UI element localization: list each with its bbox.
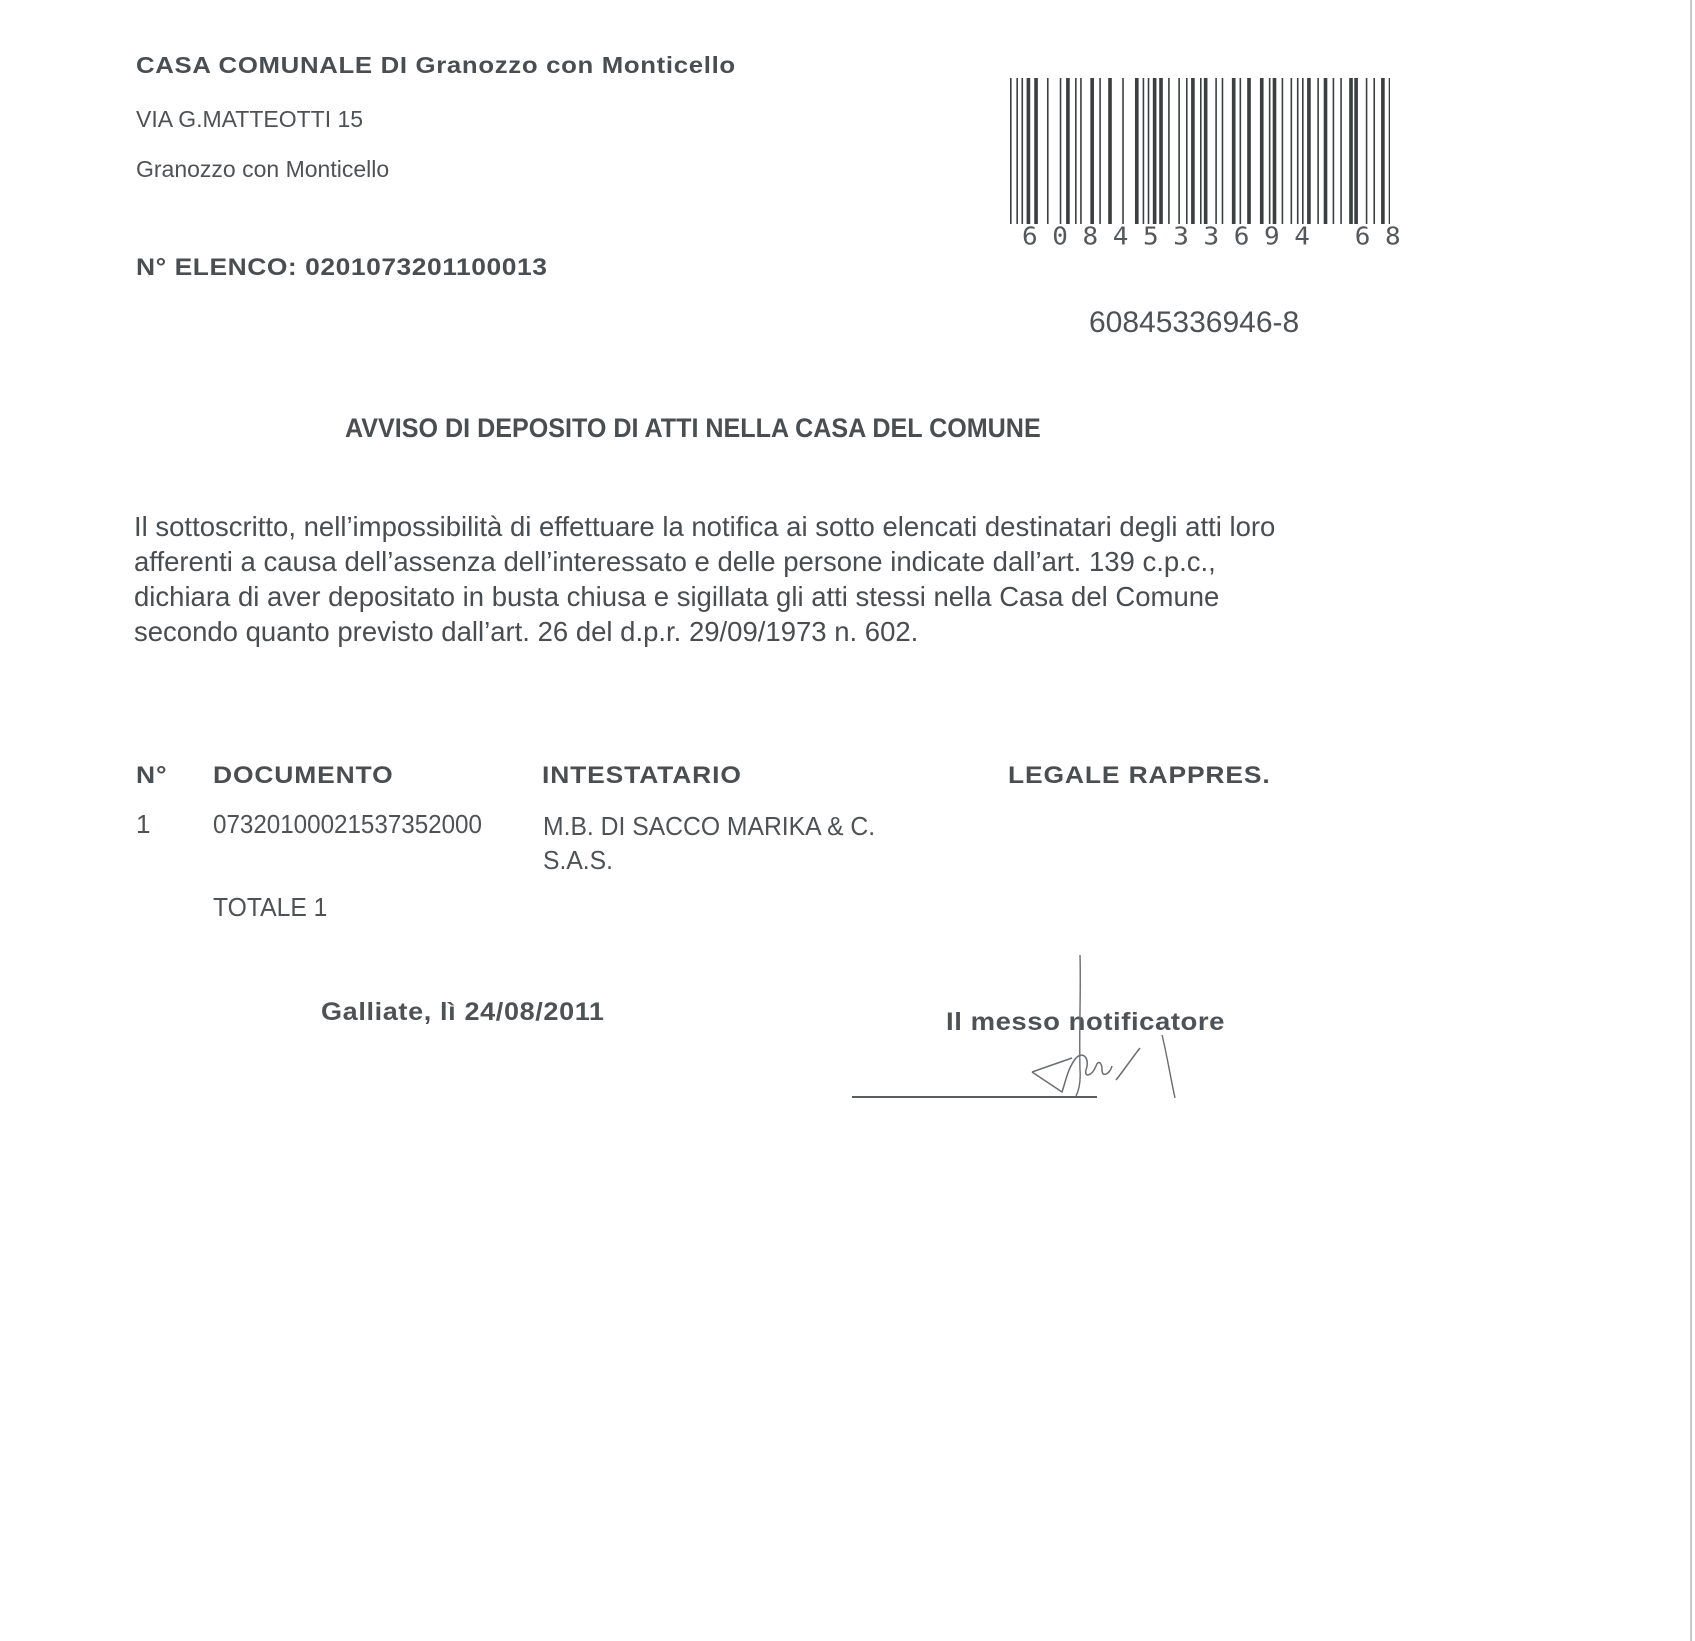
column-header-legale: LEGALE RAPPRES. xyxy=(1008,762,1271,790)
place-and-date: Galliate, lì 24/08/2011 xyxy=(321,998,605,1027)
scan-edge xyxy=(1690,0,1692,1641)
column-header-intestatario: INTESTATARIO xyxy=(542,762,742,790)
paragraph-line: secondo quanto previsto dall’art. 26 del… xyxy=(134,614,1464,649)
row-documento: 07320100021537352000 xyxy=(213,809,482,840)
organization-address: VIA G.MATTEOTTI 15 xyxy=(136,106,363,133)
barcode-digits: 6084533694 68 xyxy=(1022,223,1415,252)
paragraph-line: afferenti a causa dell’assenza dell’inte… xyxy=(134,544,1464,579)
elenco-value: 0201073201100013 xyxy=(305,254,547,281)
organization-name: CASA COMUNALE DI Granozzo con Monticello xyxy=(136,52,736,79)
elenco-label: N° ELENCO: xyxy=(136,254,297,281)
row-number: 1 xyxy=(136,809,150,840)
document-title: AVVISO DI DEPOSITO DI ATTI NELLA CASA DE… xyxy=(345,413,1041,444)
signature xyxy=(840,940,1290,1120)
barcode-number: 60845336946-8 xyxy=(1089,306,1299,340)
column-header-documento: DOCUMENTO xyxy=(213,762,394,790)
organization-city: Granozzo con Monticello xyxy=(136,156,389,183)
column-header-number: N° xyxy=(136,762,167,790)
barcode xyxy=(1010,78,1390,224)
declaration-paragraph: Il sottoscritto, nell’impossibilità di e… xyxy=(134,509,1464,649)
paragraph-line: dichiara di aver depositato in busta chi… xyxy=(134,579,1464,614)
elenco-number: N° ELENCO: 0201073201100013 xyxy=(136,254,547,282)
total-count: TOTALE 1 xyxy=(213,892,327,923)
paragraph-line: Il sottoscritto, nell’impossibilità di e… xyxy=(134,509,1464,544)
row-intestatario: M.B. DI SACCO MARIKA & C. S.A.S. xyxy=(543,809,942,877)
